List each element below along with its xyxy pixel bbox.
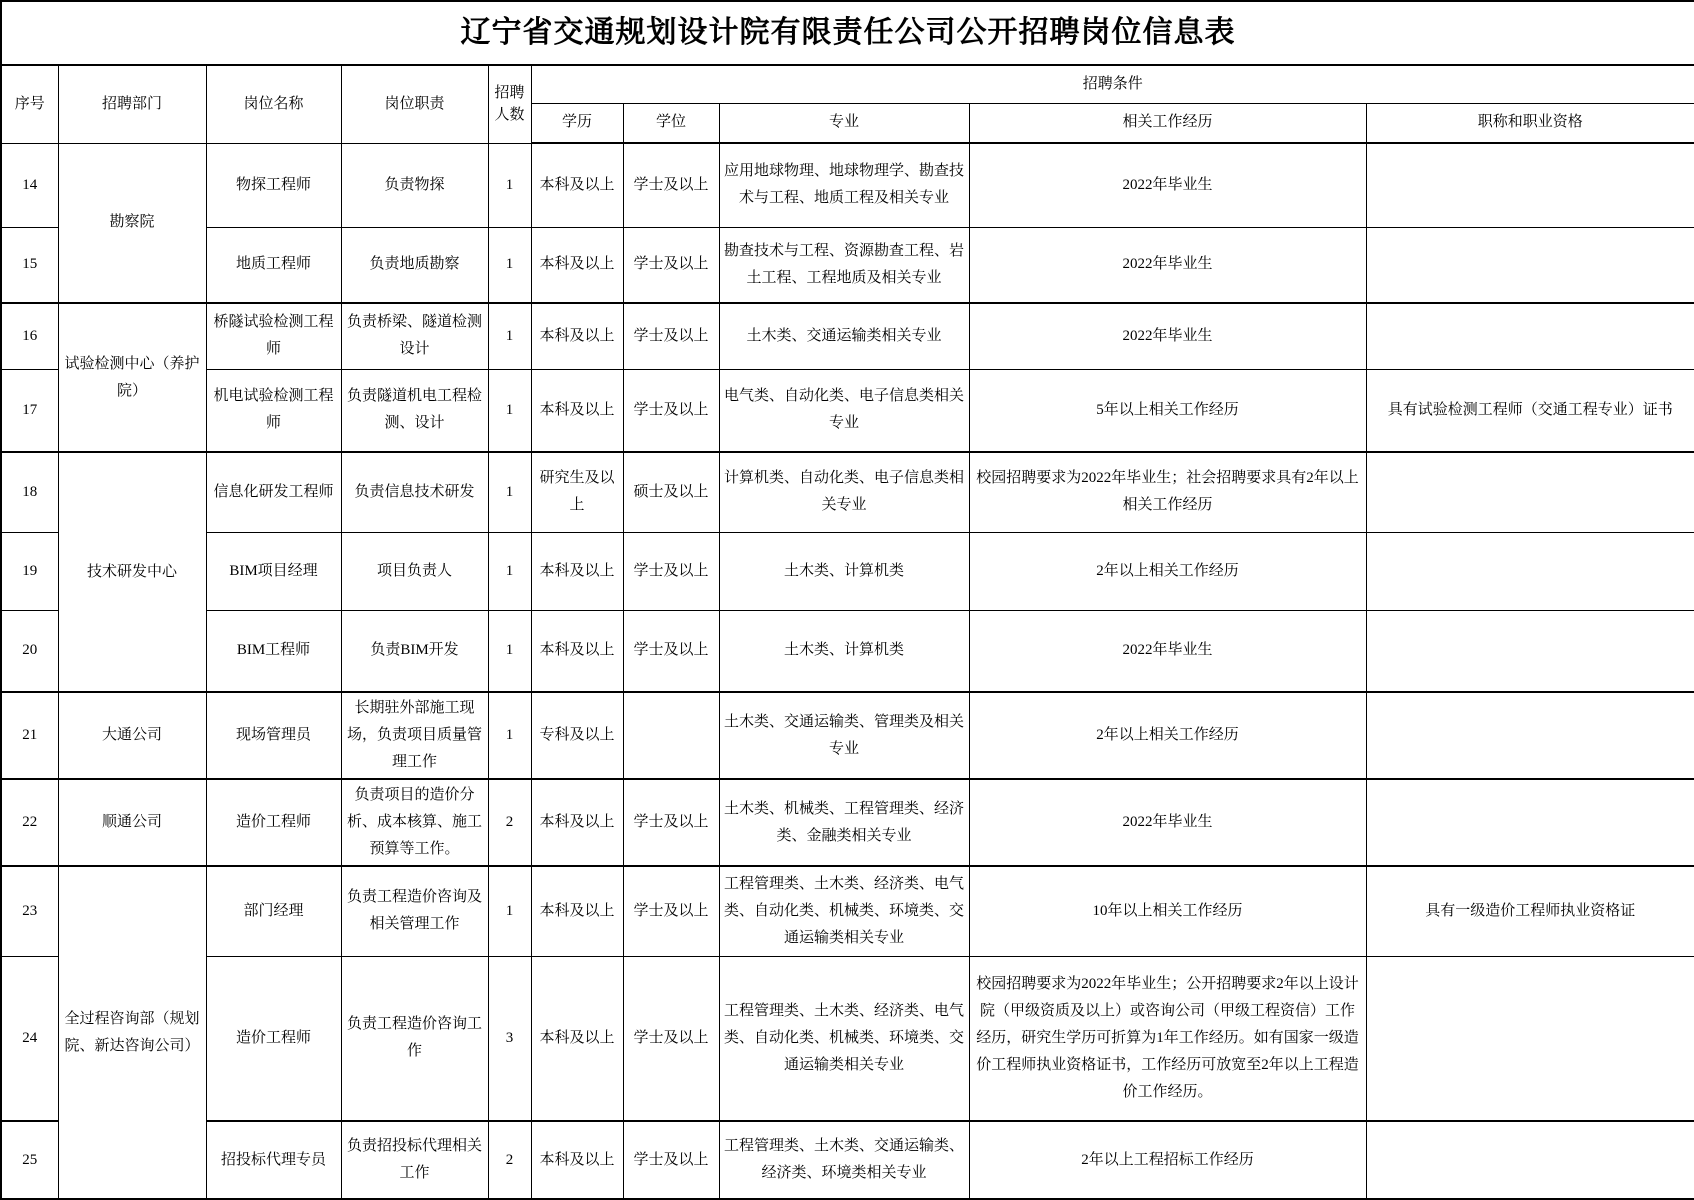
cell-experience: 5年以上相关工作经历	[969, 369, 1366, 452]
cell-seq: 17	[1, 369, 58, 452]
cell-degree	[623, 692, 719, 779]
cell-experience: 校园招聘要求为2022年毕业生；公开招聘要求2年以上设计院（甲级资质及以上）或咨…	[969, 956, 1366, 1121]
cell-count: 1	[488, 303, 531, 369]
cell-duty: 负责桥梁、隧道检测设计	[341, 303, 488, 369]
recruitment-table-sheet: 辽宁省交通规划设计院有限责任公司公开招聘岗位信息表 序号 招聘部门 岗位名称 岗…	[0, 0, 1694, 1162]
cell-education: 本科及以上	[531, 610, 623, 692]
cell-education: 本科及以上	[531, 143, 623, 227]
cell-duty: 负责信息技术研发	[341, 452, 488, 532]
cell-education: 本科及以上	[531, 303, 623, 369]
cell-education: 研究生及以上	[531, 452, 623, 532]
cell-degree: 学士及以上	[623, 303, 719, 369]
cell-experience: 2022年毕业生	[969, 610, 1366, 692]
table-row: 24 造价工程师 负责工程造价咨询工作 3 本科及以上 学士及以上 工程管理类、…	[1, 956, 1694, 1121]
cell-qualification	[1366, 779, 1694, 866]
cell-dept: 全过程咨询部（规划院、新达咨询公司）	[58, 866, 206, 1199]
table-row: 21 大通公司 现场管理员 长期驻外部施工现场，负责项目质量管理工作 1 专科及…	[1, 692, 1694, 779]
cell-experience: 2年以上相关工作经历	[969, 692, 1366, 779]
col-header-count: 招聘人数	[488, 65, 531, 143]
cell-count: 1	[488, 866, 531, 956]
cell-qualification	[1366, 692, 1694, 779]
cell-qualification	[1366, 452, 1694, 532]
cell-major: 电气类、自动化类、电子信息类相关专业	[719, 369, 969, 452]
cell-experience: 2年以上工程招标工作经历	[969, 1121, 1366, 1199]
cell-qualification	[1366, 227, 1694, 303]
cell-qualification: 具有试验检测工程师（交通工程专业）证书	[1366, 369, 1694, 452]
cell-seq: 18	[1, 452, 58, 532]
cell-major: 土木类、计算机类	[719, 532, 969, 610]
cell-count: 1	[488, 369, 531, 452]
table-row: 15 地质工程师 负责地质勘察 1 本科及以上 学士及以上 勘查技术与工程、资源…	[1, 227, 1694, 303]
cell-dept: 顺通公司	[58, 779, 206, 866]
cell-position: 信息化研发工程师	[206, 452, 341, 532]
cell-duty: 项目负责人	[341, 532, 488, 610]
cell-dept: 试验检测中心（养护院）	[58, 303, 206, 452]
cell-duty: 负责BIM开发	[341, 610, 488, 692]
cell-degree: 学士及以上	[623, 1121, 719, 1199]
cell-major: 工程管理类、土木类、经济类、电气类、自动化类、机械类、环境类、交通运输类相关专业	[719, 956, 969, 1121]
cell-position: BIM项目经理	[206, 532, 341, 610]
table-row: 19 BIM项目经理 项目负责人 1 本科及以上 学士及以上 土木类、计算机类 …	[1, 532, 1694, 610]
cell-qualification	[1366, 303, 1694, 369]
cell-major: 计算机类、自动化类、电子信息类相关专业	[719, 452, 969, 532]
cell-position: 招投标代理专员	[206, 1121, 341, 1199]
cell-education: 本科及以上	[531, 956, 623, 1121]
cell-degree: 硕士及以上	[623, 452, 719, 532]
cell-education: 本科及以上	[531, 369, 623, 452]
table-row: 22 顺通公司 造价工程师 负责项目的造价分析、成本核算、施工预算等工作。 2 …	[1, 779, 1694, 866]
cell-major: 土木类、交通运输类相关专业	[719, 303, 969, 369]
cell-qualification	[1366, 532, 1694, 610]
cell-seq: 14	[1, 143, 58, 227]
cell-degree: 学士及以上	[623, 956, 719, 1121]
cell-education: 本科及以上	[531, 779, 623, 866]
cell-major: 工程管理类、土木类、经济类、电气类、自动化类、机械类、环境类、交通运输类相关专业	[719, 866, 969, 956]
cell-degree: 学士及以上	[623, 369, 719, 452]
cell-major: 工程管理类、土木类、交通运输类、经济类、环境类相关专业	[719, 1121, 969, 1199]
cell-qualification	[1366, 1121, 1694, 1199]
cell-duty: 负责招投标代理相关工作	[341, 1121, 488, 1199]
cell-seq: 21	[1, 692, 58, 779]
cell-education: 本科及以上	[531, 532, 623, 610]
table-row: 14 勘察院 物探工程师 负责物探 1 本科及以上 学士及以上 应用地球物理、地…	[1, 143, 1694, 227]
cell-count: 1	[488, 610, 531, 692]
cell-position: 现场管理员	[206, 692, 341, 779]
cell-count: 2	[488, 779, 531, 866]
cell-experience: 校园招聘要求为2022年毕业生；社会招聘要求具有2年以上相关工作经历	[969, 452, 1366, 532]
cell-seq: 20	[1, 610, 58, 692]
col-header-education: 学历	[531, 103, 623, 143]
col-header-duty: 岗位职责	[341, 65, 488, 143]
cell-experience: 2022年毕业生	[969, 227, 1366, 303]
cell-count: 1	[488, 452, 531, 532]
cell-seq: 22	[1, 779, 58, 866]
cell-dept: 大通公司	[58, 692, 206, 779]
col-header-experience: 相关工作经历	[969, 103, 1366, 143]
cell-position: 机电试验检测工程师	[206, 369, 341, 452]
cell-degree: 学士及以上	[623, 532, 719, 610]
cell-duty: 负责物探	[341, 143, 488, 227]
cell-major: 应用地球物理、地球物理学、勘查技术与工程、地质工程及相关专业	[719, 143, 969, 227]
cell-seq: 16	[1, 303, 58, 369]
cell-education: 本科及以上	[531, 1121, 623, 1199]
cell-degree: 学士及以上	[623, 610, 719, 692]
cell-major: 土木类、交通运输类、管理类及相关专业	[719, 692, 969, 779]
cell-qualification	[1366, 610, 1694, 692]
cell-position: BIM工程师	[206, 610, 341, 692]
cell-count: 2	[488, 1121, 531, 1199]
job-positions-table: 辽宁省交通规划设计院有限责任公司公开招聘岗位信息表 序号 招聘部门 岗位名称 岗…	[0, 0, 1694, 1200]
cell-seq: 25	[1, 1121, 58, 1199]
cell-count: 1	[488, 692, 531, 779]
cell-duty: 长期驻外部施工现场，负责项目质量管理工作	[341, 692, 488, 779]
cell-duty: 负责地质勘察	[341, 227, 488, 303]
cell-position: 造价工程师	[206, 956, 341, 1121]
cell-seq: 24	[1, 956, 58, 1121]
table-row: 25 招投标代理专员 负责招投标代理相关工作 2 本科及以上 学士及以上 工程管…	[1, 1121, 1694, 1199]
cell-count: 1	[488, 532, 531, 610]
cell-degree: 学士及以上	[623, 866, 719, 956]
cell-duty: 负责隧道机电工程检测、设计	[341, 369, 488, 452]
cell-position: 部门经理	[206, 866, 341, 956]
cell-major: 勘查技术与工程、资源勘查工程、岩土工程、工程地质及相关专业	[719, 227, 969, 303]
cell-education: 本科及以上	[531, 866, 623, 956]
cell-seq: 19	[1, 532, 58, 610]
cell-count: 3	[488, 956, 531, 1121]
cell-duty: 负责工程造价咨询工作	[341, 956, 488, 1121]
col-header-seq: 序号	[1, 65, 58, 143]
cell-dept: 勘察院	[58, 143, 206, 303]
cell-seq: 15	[1, 227, 58, 303]
cell-duty: 负责工程造价咨询及相关管理工作	[341, 866, 488, 956]
cell-major: 土木类、机械类、工程管理类、经济类、金融类相关专业	[719, 779, 969, 866]
cell-degree: 学士及以上	[623, 143, 719, 227]
col-header-dept: 招聘部门	[58, 65, 206, 143]
col-header-degree: 学位	[623, 103, 719, 143]
cell-position: 造价工程师	[206, 779, 341, 866]
col-header-position: 岗位名称	[206, 65, 341, 143]
col-header-major: 专业	[719, 103, 969, 143]
cell-position: 地质工程师	[206, 227, 341, 303]
table-row: 16 试验检测中心（养护院） 桥隧试验检测工程师 负责桥梁、隧道检测设计 1 本…	[1, 303, 1694, 369]
cell-major: 土木类、计算机类	[719, 610, 969, 692]
table-row: 23 全过程咨询部（规划院、新达咨询公司） 部门经理 负责工程造价咨询及相关管理…	[1, 866, 1694, 956]
cell-position: 物探工程师	[206, 143, 341, 227]
col-header-conditions: 招聘条件	[531, 65, 1694, 103]
cell-degree: 学士及以上	[623, 779, 719, 866]
cell-position: 桥隧试验检测工程师	[206, 303, 341, 369]
cell-duty: 负责项目的造价分析、成本核算、施工预算等工作。	[341, 779, 488, 866]
col-header-qualification: 职称和职业资格	[1366, 103, 1694, 143]
cell-count: 1	[488, 143, 531, 227]
cell-experience: 2022年毕业生	[969, 779, 1366, 866]
cell-qualification: 具有一级造价工程师执业资格证	[1366, 866, 1694, 956]
page-title: 辽宁省交通规划设计院有限责任公司公开招聘岗位信息表	[1, 1, 1694, 65]
cell-degree: 学士及以上	[623, 227, 719, 303]
cell-experience: 10年以上相关工作经历	[969, 866, 1366, 956]
cell-experience: 2022年毕业生	[969, 143, 1366, 227]
cell-count: 1	[488, 227, 531, 303]
cell-dept: 技术研发中心	[58, 452, 206, 692]
cell-experience: 2022年毕业生	[969, 303, 1366, 369]
cell-education: 专科及以上	[531, 692, 623, 779]
table-row: 17 机电试验检测工程师 负责隧道机电工程检测、设计 1 本科及以上 学士及以上…	[1, 369, 1694, 452]
cell-seq: 23	[1, 866, 58, 956]
cell-qualification	[1366, 956, 1694, 1121]
cell-experience: 2年以上相关工作经历	[969, 532, 1366, 610]
table-row: 18 技术研发中心 信息化研发工程师 负责信息技术研发 1 研究生及以上 硕士及…	[1, 452, 1694, 532]
table-row: 20 BIM工程师 负责BIM开发 1 本科及以上 学士及以上 土木类、计算机类…	[1, 610, 1694, 692]
cell-qualification	[1366, 143, 1694, 227]
cell-education: 本科及以上	[531, 227, 623, 303]
